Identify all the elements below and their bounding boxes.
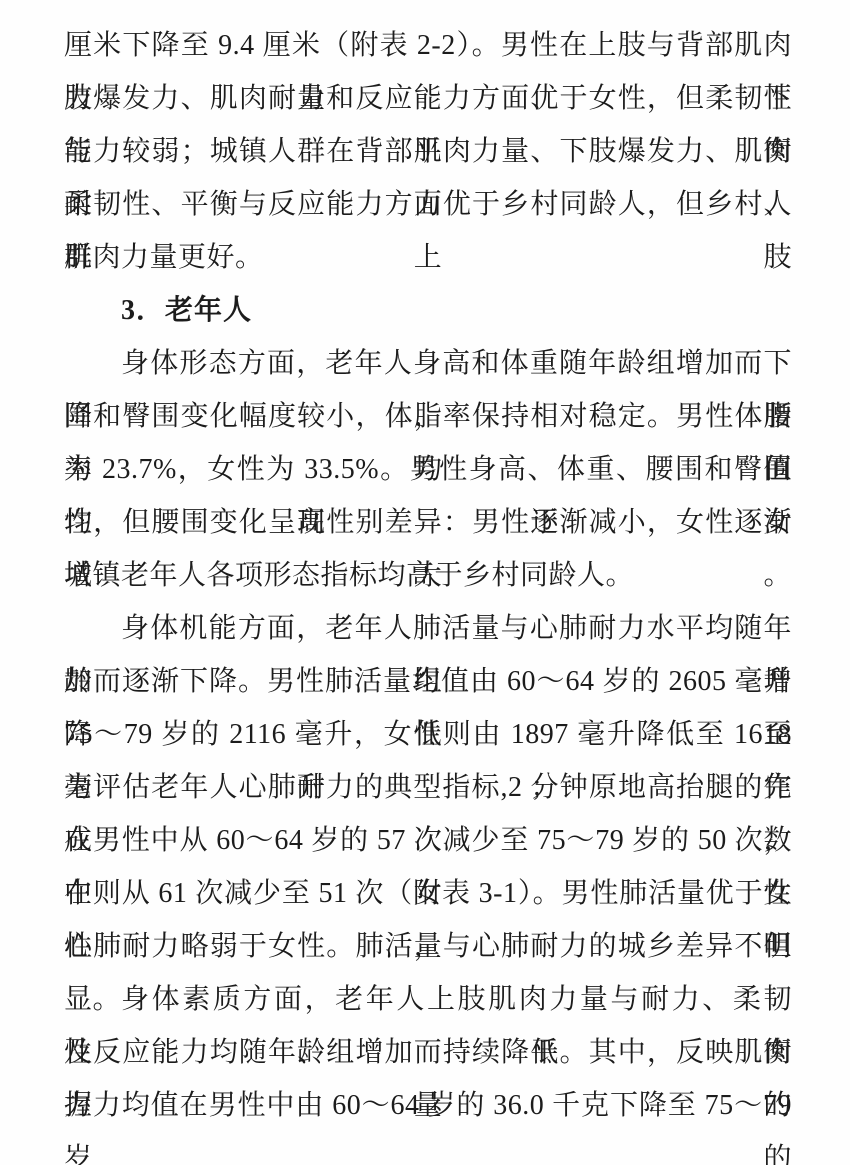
- text-line: 加而逐渐下降。男性肺活量均值由 60～64 岁的 2605 毫升降低至: [64, 655, 792, 708]
- text-line: 心肺耐力略弱于女性。肺活量与心肺耐力的城乡差异不明显。: [64, 920, 792, 973]
- text-line: 及反应能力均随年龄组增加而持续降低。其中，反映肌肉力量的: [64, 1026, 792, 1079]
- text-line: 能力较弱；城镇人群在背部肌肉力量、下肢爆发力、肌肉耐力、: [64, 125, 792, 178]
- paragraph-1: 厘米下降至 9.4 厘米（附表 2-2）。男性在上肢与背部肌肉力量、下 肢爆发力…: [64, 19, 792, 284]
- paragraph-3: 身体机能方面，老年人肺活量与心肺耐力水平均随年龄组增 加而逐渐下降。男性肺活量均…: [64, 602, 792, 973]
- section-heading: 3．老年人: [64, 284, 792, 337]
- text-line: 75～79 岁的 2116 毫升，女性则由 1897 毫升降低至 1618 毫升…: [64, 708, 792, 761]
- text-line: 性，但腰围变化呈现性别差异：男性逐渐减小，女性逐渐增大。: [64, 496, 792, 549]
- text-line: 为 23.7%，女性为 33.5%。男性身高、体重、腰围和臀围均高于女: [64, 443, 792, 496]
- text-line: 身体机能方面，老年人肺活量与心肺耐力水平均随年龄组增: [64, 602, 792, 655]
- text-line: 围和臀围变化幅度较小，体脂率保持相对稳定。男性体脂率均值: [64, 390, 792, 443]
- text-line: 厘米下降至 9.4 厘米（附表 2-2）。男性在上肢与背部肌肉力量、下: [64, 19, 792, 72]
- text-line: 中则从 61 次减少至 51 次（附表 3-1）。男性肺活量优于女性，但: [64, 867, 792, 920]
- paragraph-2: 身体形态方面，老年人身高和体重随年龄组增加而下降，腰 围和臀围变化幅度较小，体脂…: [64, 337, 792, 602]
- text-line: 握力均值在男性中由 60～64 岁的 36.0 千克下降至 75～79 岁的: [64, 1079, 792, 1132]
- text-line: 为评估老年人心肺耐力的典型指标,2 分钟原地高抬腿的完成次数: [64, 761, 792, 814]
- text-line: 身体素质方面，老年人上肢肌肉力量与耐力、柔韧性、平衡: [64, 973, 792, 1026]
- text-line: 在男性中从 60～64 岁的 57 次减少至 75～79 岁的 50 次，在女性: [64, 814, 792, 867]
- document-page: 厘米下降至 9.4 厘米（附表 2-2）。男性在上肢与背部肌肉力量、下 肢爆发力…: [0, 0, 850, 1165]
- paragraph-4: 身体素质方面，老年人上肢肌肉力量与耐力、柔韧性、平衡 及反应能力均随年龄组增加而…: [64, 973, 792, 1132]
- text-line: 肢爆发力、肌肉耐力和反应能力方面优于女性，但柔韧性与平衡: [64, 72, 792, 125]
- text-line: 柔韧性、平衡与反应能力方面优于乡村同龄人，但乡村人群上肢: [64, 178, 792, 231]
- text-line: 身体形态方面，老年人身高和体重随年龄组增加而下降，腰: [64, 337, 792, 390]
